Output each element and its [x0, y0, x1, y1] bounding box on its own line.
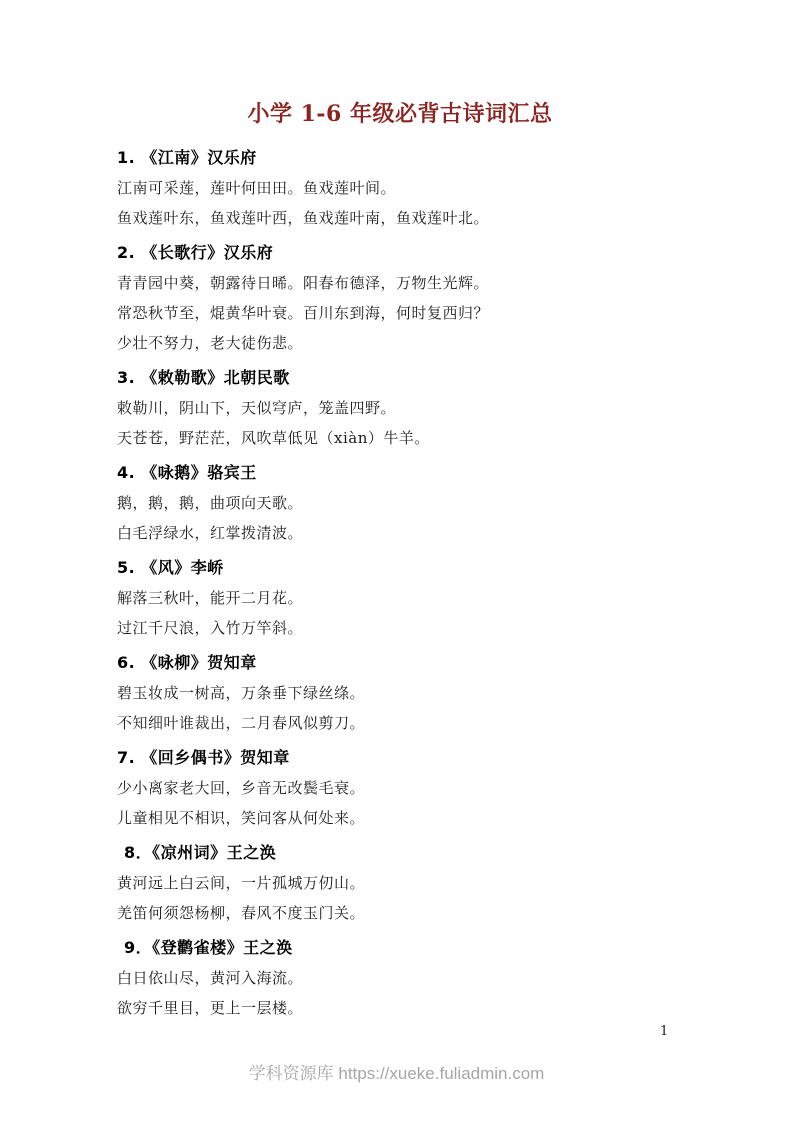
poem-line: 羌笛何须怨杨柳，春风不度玉门关。 [117, 904, 683, 923]
poem-line: 欲穷千里目，更上一层楼。 [117, 999, 683, 1018]
poem-line: 敕勒川，阴山下，天似穹庐，笼盖四野。 [117, 399, 683, 418]
poem-line: 少小离家老大回，乡音无改鬓毛衰。 [117, 779, 683, 798]
poem-line: 少壮不努力，老大徒伤悲。 [117, 334, 683, 353]
poem-line: 常恐秋节至，焜黄华叶衰。百川东到海，何时复西归？ [117, 304, 683, 323]
poem-heading: 6. 《咏柳》贺知章 [117, 653, 683, 673]
poem-section: 8．《凉州词》王之涣黄河远上白云间，一片孤城万仞山。羌笛何须怨杨柳，春风不度玉门… [117, 843, 683, 923]
poem-heading: 7. 《回乡偶书》贺知章 [117, 748, 683, 768]
poem-section: 1. 《江南》汉乐府江南可采莲，莲叶何田田。鱼戏莲叶间。鱼戏莲叶东，鱼戏莲叶西，… [117, 148, 683, 228]
page-title: 小学 1-6 年级必背古诗词汇总 [117, 99, 683, 129]
poem-list: 1. 《江南》汉乐府江南可采莲，莲叶何田田。鱼戏莲叶间。鱼戏莲叶东，鱼戏莲叶西，… [117, 148, 683, 1018]
poem-line: 鹅，鹅，鹅，曲项向天歌。 [117, 494, 683, 513]
poem-heading: 9．《登鹳雀楼》王之涣 [117, 938, 683, 958]
poem-section: 7. 《回乡偶书》贺知章少小离家老大回，乡音无改鬓毛衰。儿童相见不相识，笑问客从… [117, 748, 683, 828]
document-page: 小学 1-6 年级必背古诗词汇总 1. 《江南》汉乐府江南可采莲，莲叶何田田。鱼… [0, 0, 793, 1122]
poem-heading: 1. 《江南》汉乐府 [117, 148, 683, 168]
poem-section: 3. 《敕勒歌》北朝民歌敕勒川，阴山下，天似穹庐，笼盖四野。天苍苍，野茫茫，风吹… [117, 368, 683, 448]
poem-heading: 8．《凉州词》王之涣 [117, 843, 683, 863]
footer-text: 学科资源库 https://xueke.fuliadmin.com [249, 1064, 545, 1083]
poem-line: 青青园中葵，朝露待日晞。阳春布德泽，万物生光辉。 [117, 274, 683, 293]
poem-line: 不知细叶谁裁出，二月春风似剪刀。 [117, 714, 683, 733]
document-content: 小学 1-6 年级必背古诗词汇总 1. 《江南》汉乐府江南可采莲，莲叶何田田。鱼… [117, 99, 683, 1018]
poem-section: 9．《登鹳雀楼》王之涣白日依山尽，黄河入海流。欲穷千里目，更上一层楼。 [117, 938, 683, 1018]
poem-line: 鱼戏莲叶东，鱼戏莲叶西，鱼戏莲叶南，鱼戏莲叶北。 [117, 209, 683, 228]
poem-line: 儿童相见不相识，笑问客从何处来。 [117, 809, 683, 828]
poem-heading: 2. 《长歌行》汉乐府 [117, 243, 683, 263]
poem-section: 2. 《长歌行》汉乐府青青园中葵，朝露待日晞。阳春布德泽，万物生光辉。常恐秋节至… [117, 243, 683, 353]
poem-line: 黄河远上白云间，一片孤城万仞山。 [117, 874, 683, 893]
poem-heading: 3. 《敕勒歌》北朝民歌 [117, 368, 683, 388]
poem-section: 5. 《风》李峤解落三秋叶，能开二月花。过江千尺浪，入竹万竿斜。 [117, 558, 683, 638]
poem-line: 江南可采莲，莲叶何田田。鱼戏莲叶间。 [117, 179, 683, 198]
poem-line: 过江千尺浪，入竹万竿斜。 [117, 619, 683, 638]
poem-line: 天苍苍，野茫茫，风吹草低见（xiàn）牛羊。 [117, 429, 683, 448]
poem-line: 解落三秋叶，能开二月花。 [117, 589, 683, 608]
poem-heading: 4. 《咏鹅》骆宾王 [117, 463, 683, 483]
poem-line: 碧玉妆成一树高，万条垂下绿丝绦。 [117, 684, 683, 703]
poem-heading: 5. 《风》李峤 [117, 558, 683, 578]
poem-section: 4. 《咏鹅》骆宾王鹅，鹅，鹅，曲项向天歌。白毛浮绿水，红掌拨清波。 [117, 463, 683, 543]
poem-section: 6. 《咏柳》贺知章碧玉妆成一树高，万条垂下绿丝绦。不知细叶谁裁出，二月春风似剪… [117, 653, 683, 733]
poem-line: 白日依山尽，黄河入海流。 [117, 969, 683, 988]
page-number: 1 [660, 1024, 668, 1040]
page-footer: 学科资源库 https://xueke.fuliadmin.com [0, 1063, 793, 1085]
poem-line: 白毛浮绿水，红掌拨清波。 [117, 524, 683, 543]
